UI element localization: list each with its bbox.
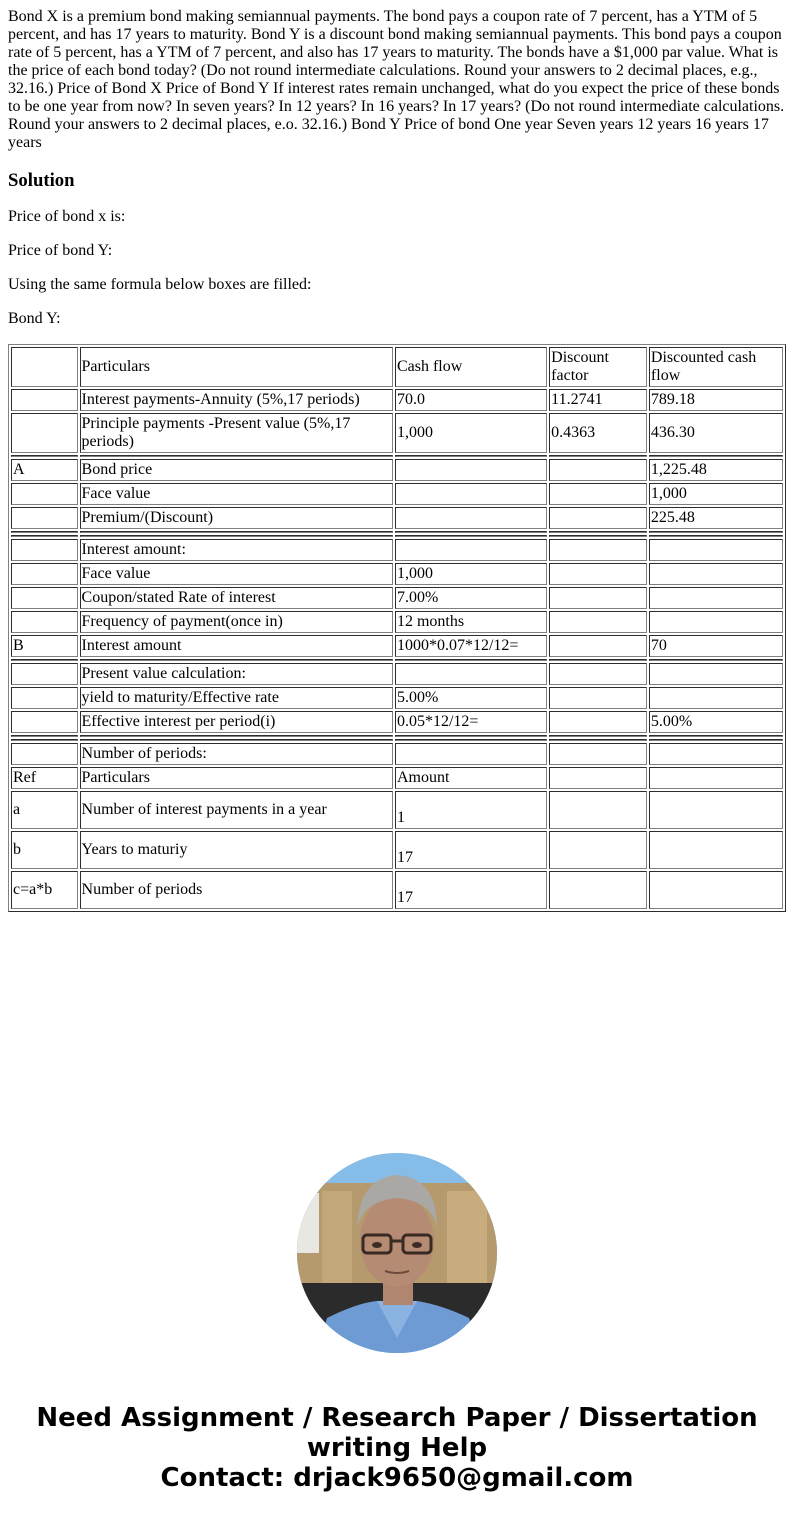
table-cell	[395, 539, 547, 561]
table-cell	[549, 831, 647, 869]
table-cell: Face value	[80, 563, 393, 585]
table-cell	[549, 611, 647, 633]
table-cell	[549, 663, 647, 685]
table-cell: Amount	[395, 767, 547, 789]
table-cell	[11, 587, 78, 609]
table-header-cell: Discounted cash flow	[649, 347, 783, 387]
table-header-row: Particulars Cash flow Discount factor Di…	[11, 347, 783, 387]
table-cell: Years to maturiy	[80, 831, 393, 869]
table-cell	[549, 507, 647, 529]
table-cell: 70	[649, 635, 783, 657]
table-cell: b	[11, 831, 78, 869]
table-cell: 1	[395, 791, 547, 829]
table-cell: 17	[395, 871, 547, 909]
table-cell	[549, 563, 647, 585]
table-row: Present value calculation:	[11, 663, 783, 685]
table-cell: yield to maturity/Effective rate	[80, 687, 393, 709]
table-cell: 5.00%	[395, 687, 547, 709]
table-cell	[11, 711, 78, 733]
promo-line: Need Assignment / Research Paper / Disse…	[0, 1403, 794, 1433]
table-cell: Number of interest payments in a year	[80, 791, 393, 829]
table-cell	[11, 743, 78, 765]
table-cell	[649, 587, 783, 609]
bond-y-table: Particulars Cash flow Discount factor Di…	[8, 344, 786, 912]
table-header-cell: Cash flow	[395, 347, 547, 387]
table-cell	[395, 663, 547, 685]
author-photo-icon	[297, 1153, 497, 1353]
table-cell: Premium/(Discount)	[80, 507, 393, 529]
table-cell	[649, 871, 783, 909]
table-cell: Coupon/stated Rate of interest	[80, 587, 393, 609]
table-cell	[649, 663, 783, 685]
table-cell: 17	[395, 831, 547, 869]
table-separator-row	[11, 739, 783, 741]
table-cell: Particulars	[80, 767, 393, 789]
table-header-cell: Discount factor	[549, 347, 647, 387]
table-cell: 1000*0.07*12/12=	[395, 635, 547, 657]
promo-line: writing Help	[0, 1433, 794, 1463]
table-cell: Interest amount	[80, 635, 393, 657]
table-cell: Number of periods	[80, 871, 393, 909]
table-cell	[549, 459, 647, 481]
table-cell	[649, 539, 783, 561]
table-cell	[549, 767, 647, 789]
table-cell: 225.48	[649, 507, 783, 529]
table-cell	[11, 413, 78, 453]
table-cell	[649, 611, 783, 633]
table-cell	[549, 483, 647, 505]
table-cell	[11, 611, 78, 633]
table-cell: 11.2741	[549, 389, 647, 411]
solution-line: Bond Y:	[8, 310, 786, 328]
table-cell: 0.4363	[549, 413, 647, 453]
table-row: Interest payments-Annuity (5%,17 periods…	[11, 389, 783, 411]
table-cell	[549, 539, 647, 561]
question-text: Bond X is a premium bond making semiannu…	[8, 8, 786, 152]
promo-footer: Need Assignment / Research Paper / Disse…	[0, 1403, 794, 1493]
table-row: Face value 1,000	[11, 563, 783, 585]
table-cell	[11, 563, 78, 585]
contact-email: Contact: drjack9650@gmail.com	[0, 1463, 794, 1493]
table-cell	[11, 389, 78, 411]
table-cell	[549, 871, 647, 909]
table-cell	[11, 687, 78, 709]
table-cell: B	[11, 635, 78, 657]
table-cell: Frequency of payment(once in)	[80, 611, 393, 633]
table-cell: Number of periods:	[80, 743, 393, 765]
solution-line: Price of bond x is:	[8, 208, 786, 226]
table-cell	[549, 711, 647, 733]
table-cell	[649, 563, 783, 585]
table-cell	[649, 767, 783, 789]
table-separator-row	[11, 531, 783, 533]
table-cell: 436.30	[649, 413, 783, 453]
table-cell: Bond price	[80, 459, 393, 481]
table-cell: c=a*b	[11, 871, 78, 909]
table-row: Ref Particulars Amount	[11, 767, 783, 789]
table-header-cell	[11, 347, 78, 387]
table-cell	[549, 743, 647, 765]
table-cell: 70.0	[395, 389, 547, 411]
table-cell	[395, 459, 547, 481]
table-cell: 1,225.48	[649, 459, 783, 481]
table-cell: Interest amount:	[80, 539, 393, 561]
table-cell	[549, 587, 647, 609]
table-separator-row	[11, 535, 783, 537]
table-cell	[649, 791, 783, 829]
table-cell: Face value	[80, 483, 393, 505]
table-row: c=a*b Number of periods 17	[11, 871, 783, 909]
table-cell: 789.18	[649, 389, 783, 411]
table-cell: 5.00%	[649, 711, 783, 733]
table-cell	[11, 539, 78, 561]
table-cell	[549, 635, 647, 657]
table-row: Effective interest per period(i) 0.05*12…	[11, 711, 783, 733]
table-row: A Bond price 1,225.48	[11, 459, 783, 481]
table-row: Premium/(Discount) 225.48	[11, 507, 783, 529]
table-cell	[649, 831, 783, 869]
table-cell	[549, 687, 647, 709]
table-cell: Effective interest per period(i)	[80, 711, 393, 733]
table-row: Interest amount:	[11, 539, 783, 561]
table-cell	[649, 687, 783, 709]
table-row: Coupon/stated Rate of interest 7.00%	[11, 587, 783, 609]
table-cell: 12 months	[395, 611, 547, 633]
table-cell: 0.05*12/12=	[395, 711, 547, 733]
solution-line: Price of bond Y:	[8, 242, 786, 260]
table-cell: Principle payments -Present value (5%,17…	[80, 413, 393, 453]
table-cell: 7.00%	[395, 587, 547, 609]
table-row: a Number of interest payments in a year …	[11, 791, 783, 829]
table-cell	[395, 507, 547, 529]
table-separator-row	[11, 735, 783, 737]
table-header-cell: Particulars	[80, 347, 393, 387]
table-row: yield to maturity/Effective rate 5.00%	[11, 687, 783, 709]
table-cell	[649, 743, 783, 765]
table-row: Frequency of payment(once in) 12 months	[11, 611, 783, 633]
solution-line: Using the same formula below boxes are f…	[8, 276, 786, 294]
table-cell: a	[11, 791, 78, 829]
table-cell	[11, 663, 78, 685]
table-separator-row	[11, 455, 783, 457]
table-row: Face value 1,000	[11, 483, 783, 505]
page-content: Bond X is a premium bond making semiannu…	[0, 0, 794, 912]
table-cell: Interest payments-Annuity (5%,17 periods…	[80, 389, 393, 411]
solution-heading: Solution	[8, 168, 786, 192]
table-row: B Interest amount 1000*0.07*12/12= 70	[11, 635, 783, 657]
table-row: b Years to maturiy 17	[11, 831, 783, 869]
table-row: Number of periods:	[11, 743, 783, 765]
table-cell	[11, 507, 78, 529]
table-cell	[11, 483, 78, 505]
table-cell: A	[11, 459, 78, 481]
table-separator-row	[11, 659, 783, 661]
table-cell: Present value calculation:	[80, 663, 393, 685]
table-cell	[395, 743, 547, 765]
table-cell: 1,000	[649, 483, 783, 505]
table-cell	[549, 791, 647, 829]
table-cell	[395, 483, 547, 505]
table-cell: 1,000	[395, 563, 547, 585]
table-cell: Ref	[11, 767, 78, 789]
table-row: Principle payments -Present value (5%,17…	[11, 413, 783, 453]
table-cell: 1,000	[395, 413, 547, 453]
